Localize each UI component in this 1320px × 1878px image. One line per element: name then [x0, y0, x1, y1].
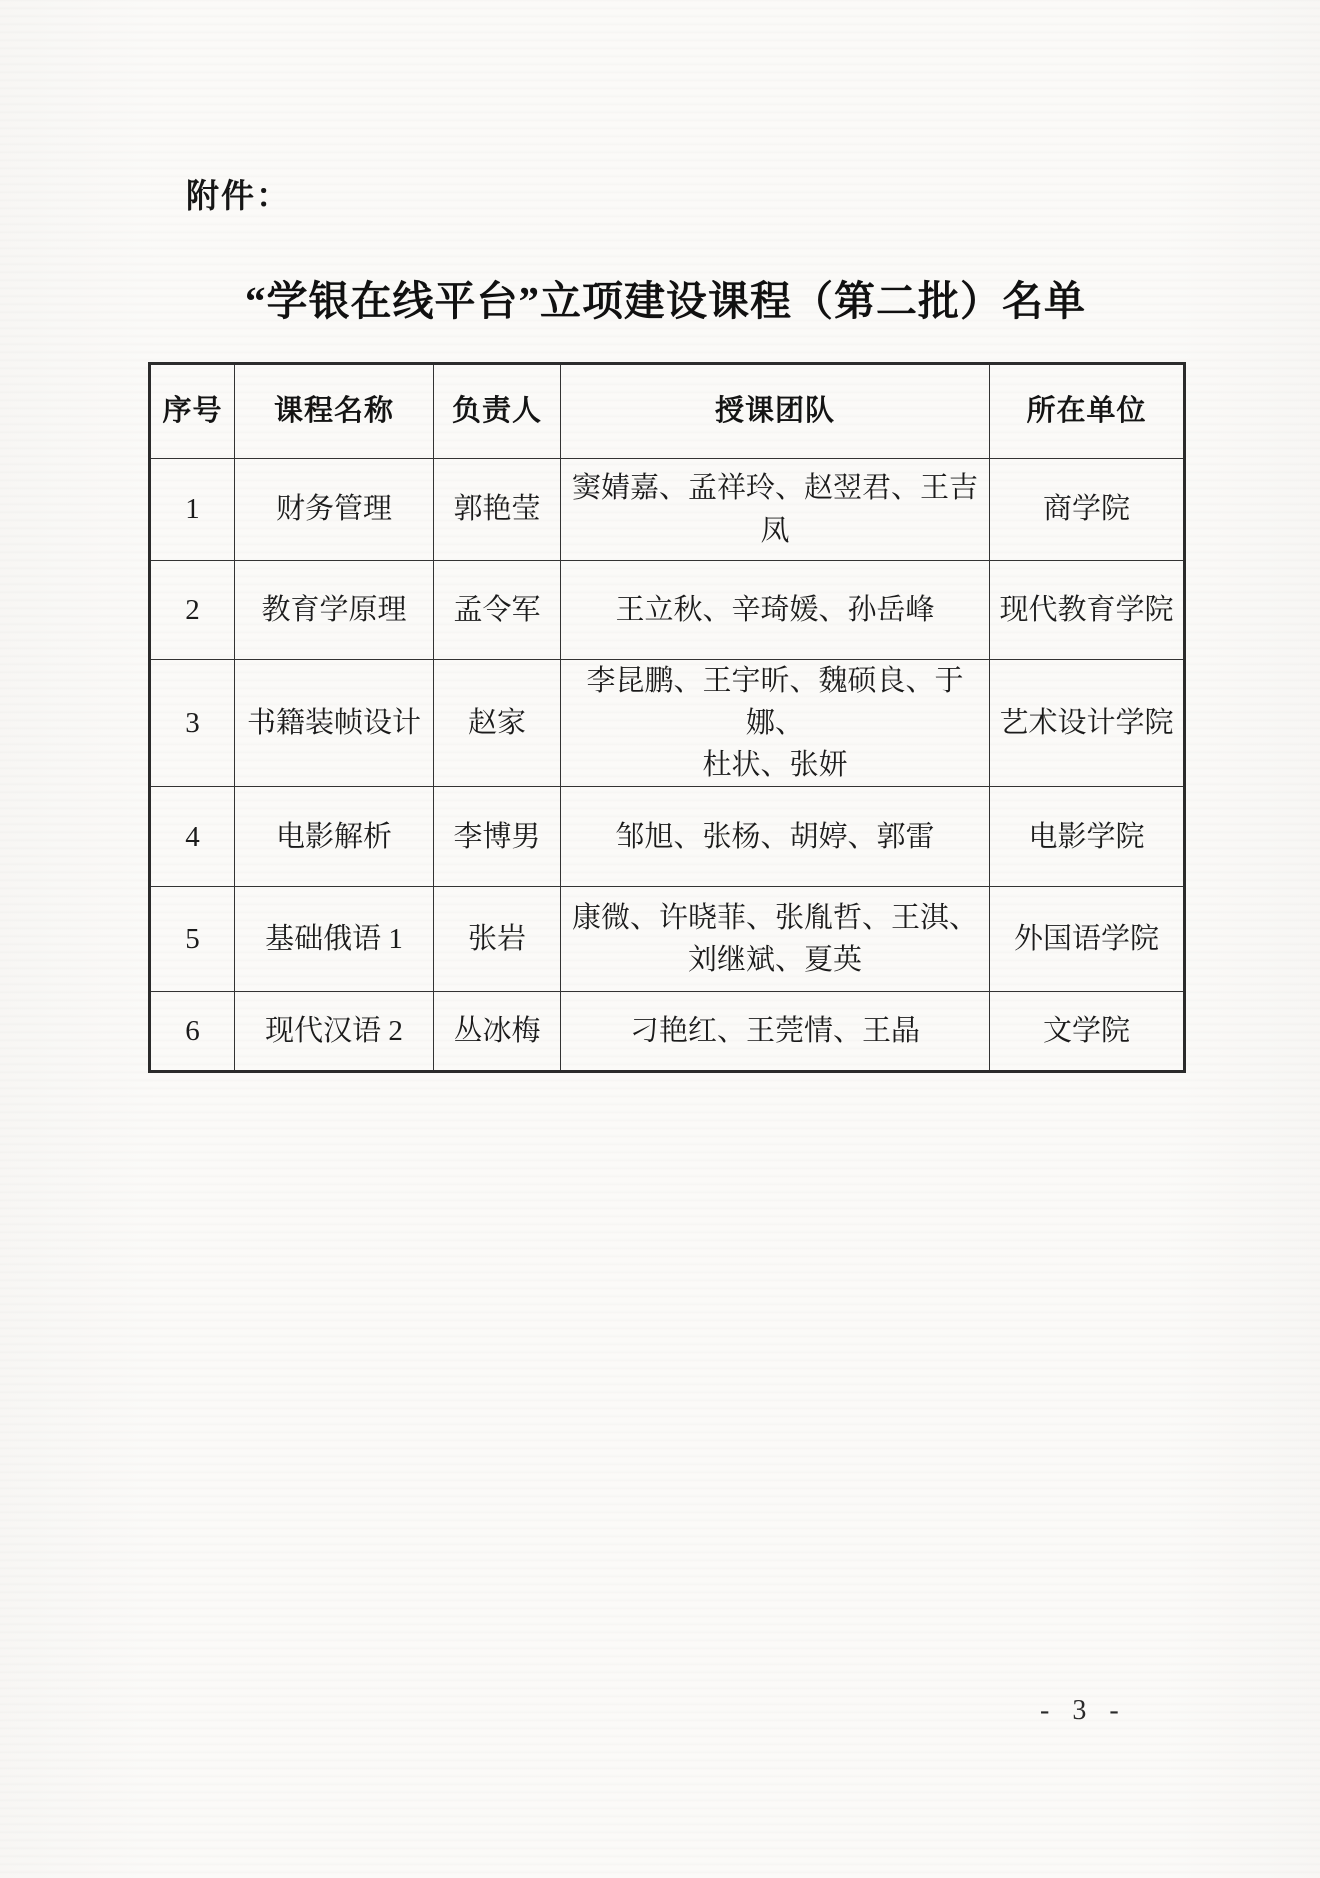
- cell-leader: 丛冰梅: [434, 992, 561, 1072]
- cell-leader: 张岩: [434, 887, 561, 992]
- cell-course: 教育学原理: [235, 561, 434, 660]
- cell-team: 康微、许晓菲、张胤哲、王淇、 刘继斌、夏英: [561, 887, 990, 992]
- cell-no: 6: [150, 992, 235, 1072]
- cell-unit: 外国语学院: [990, 887, 1185, 992]
- cell-no: 5: [150, 887, 235, 992]
- cell-leader: 孟令军: [434, 561, 561, 660]
- cell-course: 书籍装帧设计: [235, 660, 434, 787]
- page-number: - 3 -: [1040, 1695, 1127, 1727]
- cell-leader: 李博男: [434, 787, 561, 887]
- cell-no: 2: [150, 561, 235, 660]
- cell-unit: 商学院: [990, 459, 1185, 561]
- header-cell-no: 序号: [150, 364, 235, 459]
- cell-unit: 艺术设计学院: [990, 660, 1185, 787]
- cell-leader: 郭艳莹: [434, 459, 561, 561]
- cell-team: 李昆鹏、王宇昕、魏硕良、于娜、 杜状、张妍: [561, 660, 990, 787]
- cell-course: 现代汉语 2: [235, 992, 434, 1072]
- table-row: 1 财务管理 郭艳莹 窦婧嘉、孟祥玲、赵翌君、王吉凤 商学院: [150, 459, 1185, 561]
- table-row: 5 基础俄语 1 张岩 康微、许晓菲、张胤哲、王淇、 刘继斌、夏英 外国语学院: [150, 887, 1185, 992]
- cell-unit: 现代教育学院: [990, 561, 1185, 660]
- table-row: 4 电影解析 李博男 邹旭、张杨、胡婷、郭雷 电影学院: [150, 787, 1185, 887]
- cell-no: 4: [150, 787, 235, 887]
- cell-team: 窦婧嘉、孟祥玲、赵翌君、王吉凤: [561, 459, 990, 561]
- cell-team: 邹旭、张杨、胡婷、郭雷: [561, 787, 990, 887]
- cell-course: 电影解析: [235, 787, 434, 887]
- cell-no: 3: [150, 660, 235, 787]
- table-row: 2 教育学原理 孟令军 王立秋、辛琦媛、孙岳峰 现代教育学院: [150, 561, 1185, 660]
- header-cell-team: 授课团队: [561, 364, 990, 459]
- attachment-label: 附件：: [186, 170, 291, 217]
- course-table: 序号 课程名称 负责人 授课团队 所在单位 1 财务管理 郭艳莹 窦婧嘉、孟祥玲…: [148, 362, 1186, 1073]
- header-cell-unit: 所在单位: [990, 364, 1185, 459]
- cell-leader: 赵家: [434, 660, 561, 787]
- header-cell-leader: 负责人: [434, 364, 561, 459]
- cell-team: 刁艳红、王莞情、王晶: [561, 992, 990, 1072]
- table-row: 6 现代汉语 2 丛冰梅 刁艳红、王莞情、王晶 文学院: [150, 992, 1185, 1072]
- cell-unit: 文学院: [990, 992, 1185, 1072]
- header-cell-course: 课程名称: [235, 364, 434, 459]
- cell-no: 1: [150, 459, 235, 561]
- page-title: “学银在线平台”立项建设课程（第二批）名单: [148, 268, 1183, 327]
- table-row: 3 书籍装帧设计 赵家 李昆鹏、王宇昕、魏硕良、于娜、 杜状、张妍 艺术设计学院: [150, 660, 1185, 787]
- cell-unit: 电影学院: [990, 787, 1185, 887]
- cell-course: 基础俄语 1: [235, 887, 434, 992]
- cell-course: 财务管理: [235, 459, 434, 561]
- table-header-row: 序号 课程名称 负责人 授课团队 所在单位: [150, 364, 1185, 459]
- cell-team: 王立秋、辛琦媛、孙岳峰: [561, 561, 990, 660]
